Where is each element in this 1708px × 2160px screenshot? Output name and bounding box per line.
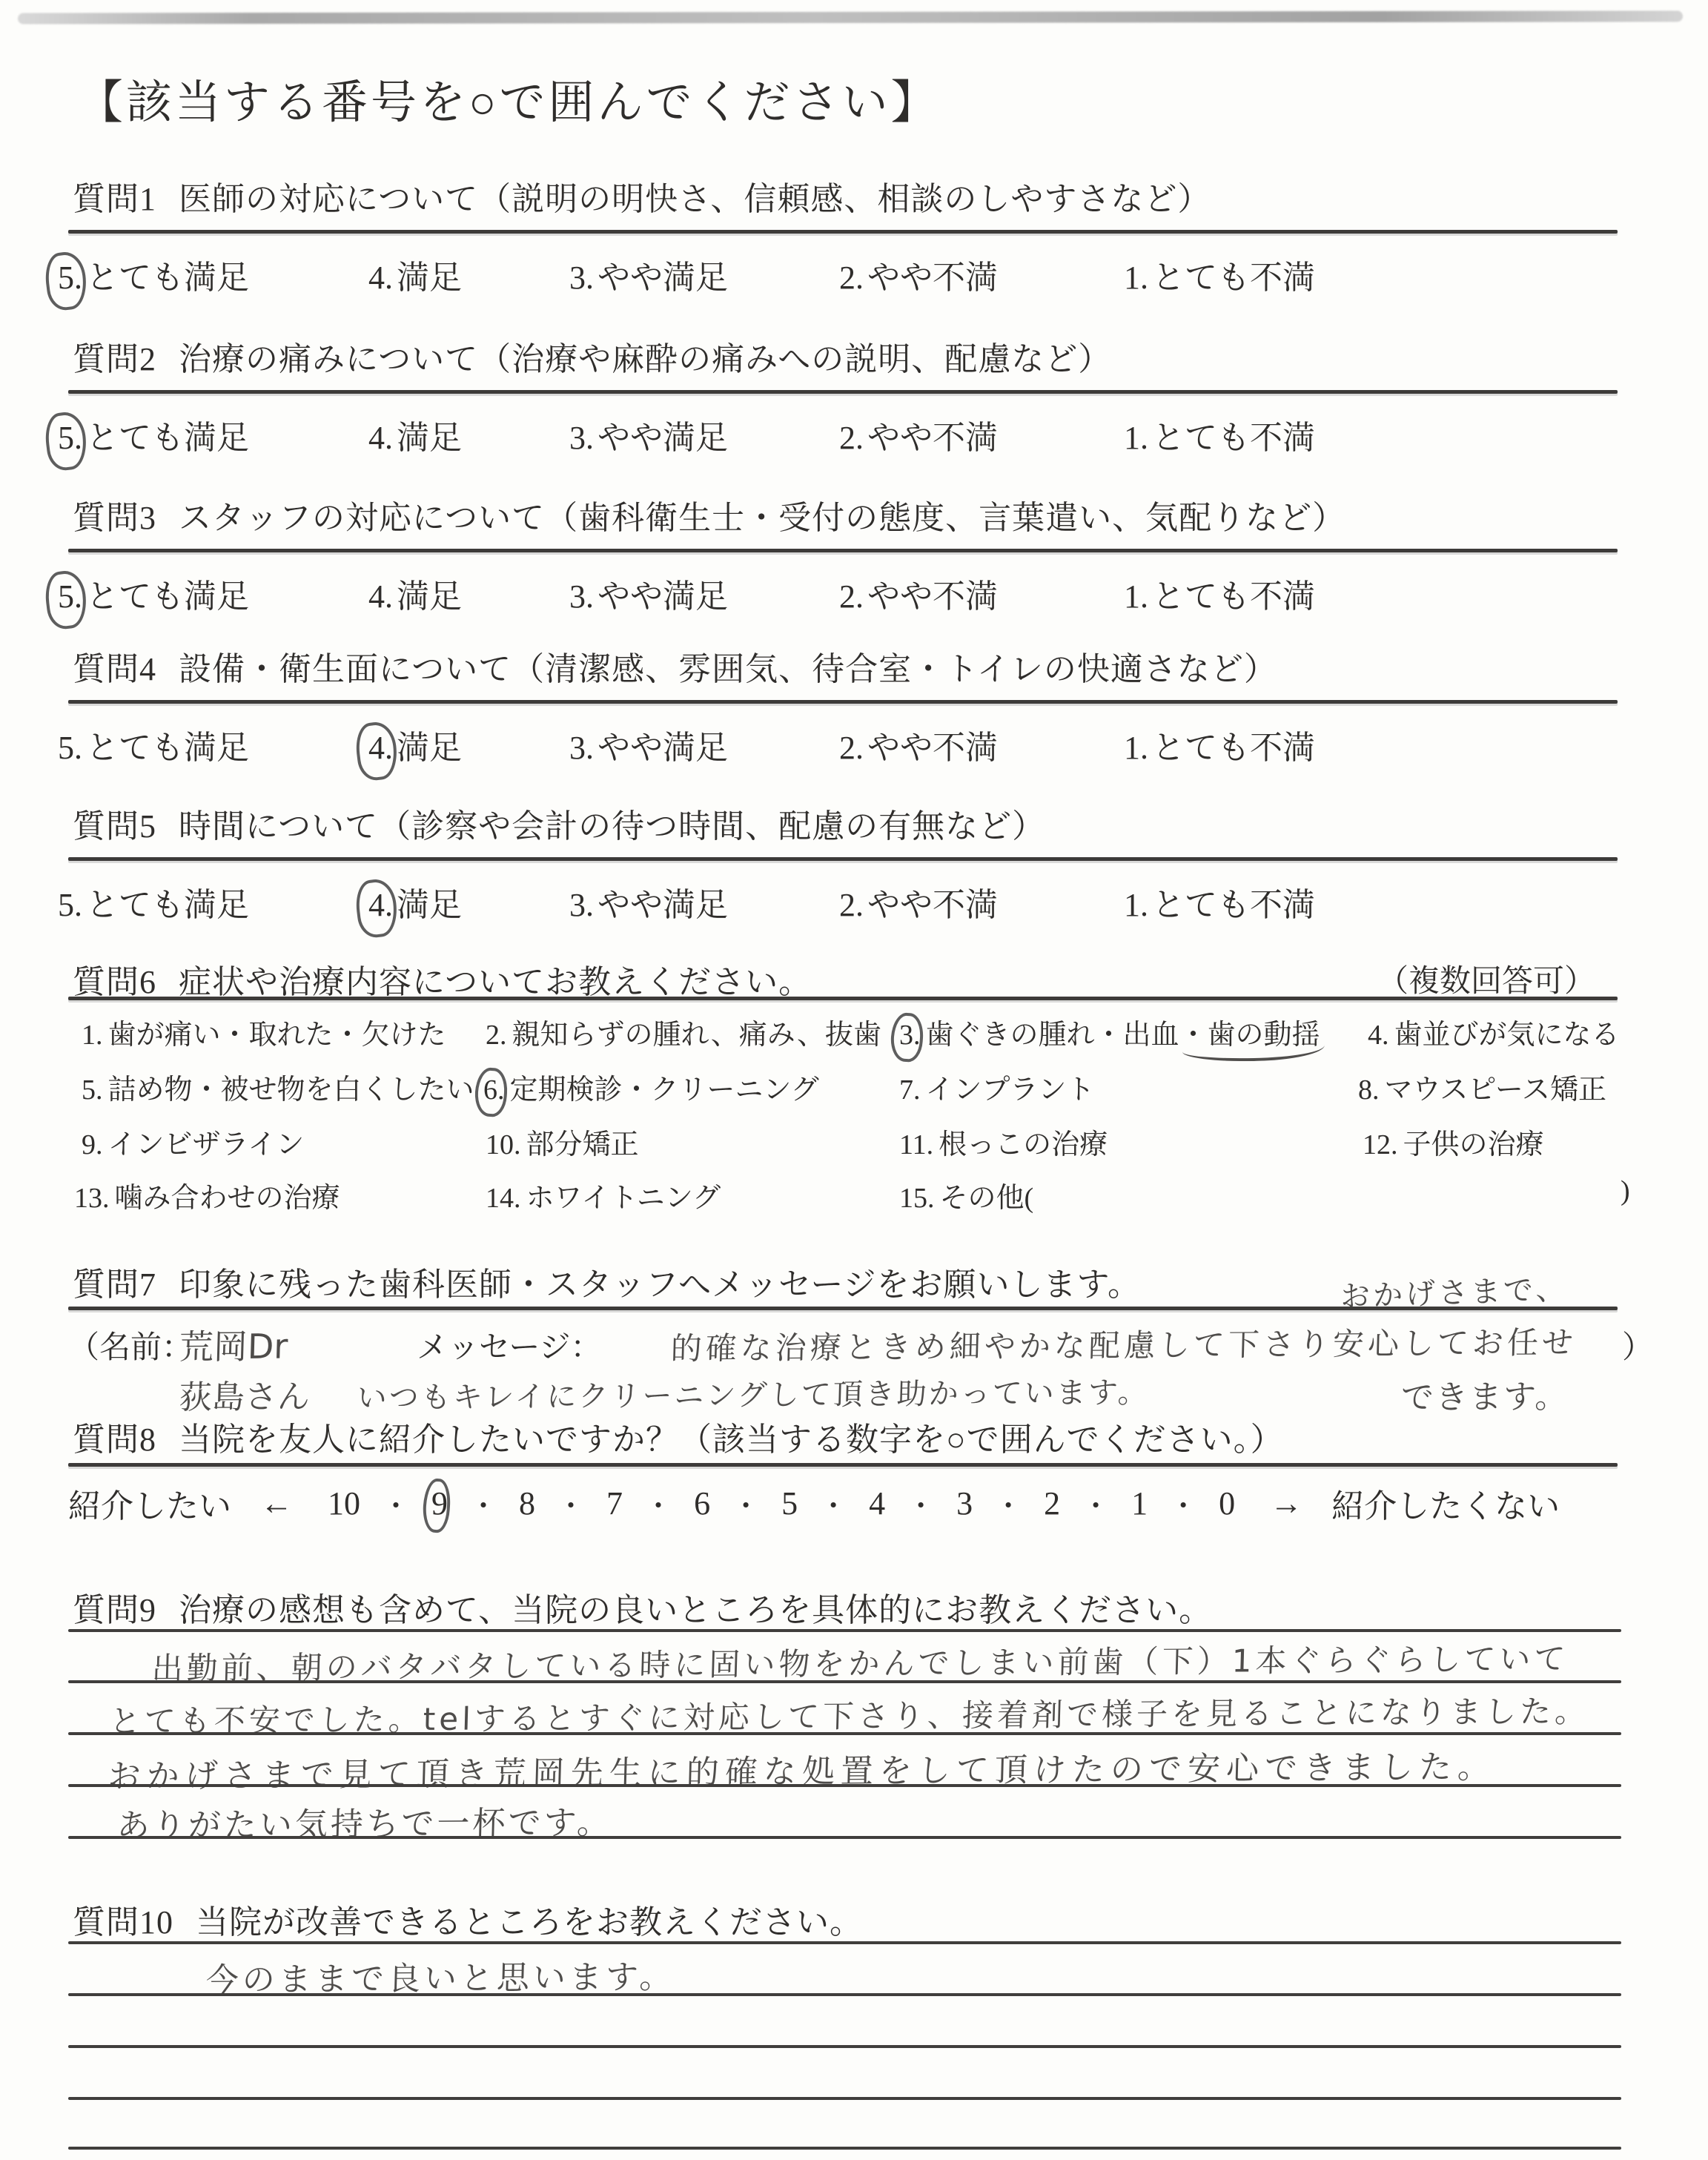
option-label: 部分矯正 — [526, 1129, 639, 1160]
option-label: やや不満 — [867, 260, 998, 296]
symptom-option-12: 12.子供の治療 — [1363, 1121, 1544, 1162]
option-label: インビザライン — [108, 1129, 305, 1160]
option-number: 3. — [899, 1019, 921, 1051]
option-number: 4. — [368, 886, 393, 924]
question-label: 質問3 — [73, 500, 156, 536]
answer-line — [68, 1784, 1621, 1787]
scale-number-0: 0 — [1219, 1484, 1235, 1522]
rating-options-row: 5.とても満足 4.満足 3.やや満足 2.やや不満 1.とても不満 — [0, 569, 1708, 629]
option-number: 13. — [74, 1182, 110, 1215]
option-number: 1. — [1124, 578, 1148, 615]
option-label: 定期検診・クリーニング — [510, 1074, 819, 1106]
rating-option-4: 4.満足 — [368, 569, 462, 617]
option-label: とても不満 — [1152, 578, 1315, 615]
rating-option-4: 4.満足 — [368, 411, 462, 458]
option-label: 子供の治療 — [1403, 1129, 1544, 1160]
answer-line — [68, 2147, 1621, 2150]
rating-option-3: 3.やや満足 — [569, 878, 728, 925]
scale-dot: ・ — [644, 1483, 672, 1524]
symptom-option-9: 9.インビザライン — [82, 1121, 304, 1162]
option-label: とても不満 — [1152, 730, 1315, 766]
rating-options-row: 5.とても満足 4.満足 3.やや満足 2.やや不満 1.とても不満 — [0, 878, 1708, 937]
multi-answer-note: （複数回答可） — [1377, 957, 1595, 1001]
rating-option-5: 5.とても満足 — [58, 251, 249, 298]
option-number: 5. — [82, 1074, 103, 1106]
question-label: 質問7 — [73, 1266, 156, 1303]
option-number: 2. — [839, 259, 864, 297]
rating-option-2: 2.やや不満 — [839, 251, 998, 298]
symptom-option-5: 5.詰め物・被せ物を白くしたい — [82, 1066, 474, 1107]
option-number: 14. — [486, 1182, 521, 1215]
option-number: 4. — [368, 729, 393, 767]
scale-dot: ・ — [1169, 1483, 1197, 1524]
option-label: 満足 — [397, 887, 462, 923]
question-label: 質問6 — [73, 964, 156, 1000]
option-label: やや不満 — [867, 420, 998, 456]
scale-dot: ・ — [732, 1483, 760, 1524]
answer-line — [68, 2045, 1621, 2048]
symptom-option-14: 14.ホワイトニング — [486, 1175, 721, 1215]
question-text: 当院が改善できるところをお教えください。 — [196, 1904, 863, 1941]
scale-dot: ・ — [907, 1483, 935, 1524]
question-text: 設備・衛生面について（清潔感、雰囲気、待合室・トイレの快適さなど） — [179, 651, 1277, 687]
option-label: ホワイトニング — [526, 1183, 721, 1214]
handwritten-doctor-name: 荒岡Dr — [179, 1319, 288, 1369]
question-text: スタッフの対応について（歯科衛生士・受付の態度、言葉遣い、気配りなど） — [179, 500, 1345, 536]
question-text: 当院を友人に紹介したいですか？（該当する数字を○で囲んでください。） — [179, 1421, 1284, 1458]
answer-line — [68, 1629, 1621, 1632]
rating-option-1: 1.とても不満 — [1124, 251, 1315, 298]
page-title: 【該当する番号を○で囲んでください】 — [77, 65, 939, 131]
option-label: 満足 — [397, 578, 462, 615]
rating-options-row: 5.とても満足 4.満足 3.やや満足 2.やや不満 1.とても不満 — [0, 411, 1708, 470]
option-number: 2. — [839, 886, 864, 924]
scale-number-7: 7 — [606, 1484, 623, 1522]
option-number: 4. — [1368, 1019, 1389, 1051]
close-paren-label: ） — [1622, 1323, 1653, 1367]
scale-number-5: 5 — [781, 1484, 798, 1522]
scale-dot: ・ — [557, 1483, 585, 1524]
option-number: 1. — [1124, 886, 1148, 924]
option-number: 4. — [368, 578, 393, 615]
rating-option-1: 1.とても不満 — [1124, 411, 1315, 458]
option-label: マウスピース矯正 — [1385, 1074, 1606, 1106]
option-number: 10. — [486, 1129, 521, 1161]
scale-number-6: 6 — [694, 1484, 710, 1522]
question-title: 質問4設備・衛生面について（清潔感、雰囲気、待合室・トイレの快適さなど） — [73, 642, 1277, 690]
question-label: 質問8 — [73, 1421, 156, 1458]
option-label: とても不満 — [1152, 420, 1315, 456]
question-text: 治療の感想も含めて、当院の良いところを具体的にお教えください。 — [179, 1592, 1212, 1628]
symptom-option-3: 3.歯ぐきの腫れ・出血・歯の動揺 — [899, 1011, 1320, 1052]
scale-number-10: 10 — [328, 1484, 360, 1522]
option-label: 歯ぐきの腫れ・出血・ — [926, 1020, 1208, 1051]
question-label: 質問2 — [73, 341, 156, 377]
option-label: 満足 — [397, 260, 462, 296]
option-number: 1. — [1124, 419, 1148, 457]
answer-line — [68, 2097, 1621, 2100]
survey-scan-page: 【該当する番号を○で囲んでください】 質問1医師の対応について（説明の明快さ、信… — [0, 0, 1708, 2160]
message-prefix-label: メッセージ： — [417, 1323, 601, 1367]
scale-left-label: 紹介したい — [68, 1479, 231, 1527]
divider-line — [68, 1307, 1618, 1310]
option-number: 4. — [368, 259, 393, 297]
symptom-option-10: 10.部分矯正 — [486, 1121, 639, 1162]
scale-dot: ・ — [469, 1483, 497, 1524]
option-number: 5. — [58, 578, 82, 615]
option-label: 噛み合わせの治療 — [115, 1183, 340, 1214]
option-number: 9. — [82, 1129, 103, 1161]
scale-number-1: 1 — [1131, 1484, 1148, 1522]
rating-option-3: 3.やや満足 — [569, 721, 728, 768]
scale-right-label: 紹介したくない — [1331, 1479, 1560, 1527]
option-number: 3. — [569, 886, 594, 924]
rating-option-2: 2.やや不満 — [839, 569, 998, 617]
question-label: 質問9 — [73, 1592, 156, 1628]
symptom-option-11: 11.根っこの治療 — [899, 1121, 1108, 1162]
question-text: 時間について（診察や会計の待つ時間、配慮の有無など） — [179, 808, 1045, 845]
divider-line — [68, 390, 1618, 394]
rating-option-1: 1.とても不満 — [1124, 878, 1315, 925]
handwritten-message-2: いつもキレイにクリーニングして頂き助かっています。 — [357, 1369, 1150, 1416]
rating-options-row: 5.とても満足 4.満足 3.やや満足 2.やや不満 1.とても不満 — [0, 251, 1708, 310]
option-number: 12. — [1363, 1129, 1398, 1161]
question-text: 治療の痛みについて（治療や麻酔の痛みへの説明、配慮など） — [179, 341, 1111, 377]
option-label: やや満足 — [598, 887, 728, 923]
divider-line — [68, 549, 1618, 552]
other-close-paren: ) — [1621, 1175, 1630, 1207]
scale-number-9: 9 — [431, 1484, 448, 1522]
option-label: とても満足 — [86, 578, 249, 615]
symptom-option-13: 13.噛み合わせの治療 — [74, 1175, 340, 1215]
option-number: 8. — [1358, 1074, 1380, 1106]
right-arrow: → — [1270, 1484, 1302, 1522]
option-label: 歯が痛い・取れた・欠けた — [108, 1020, 446, 1051]
answer-line — [68, 1941, 1621, 1944]
option-number: 3. — [569, 419, 594, 457]
question-title: 質問5時間について（診察や会計の待つ時間、配慮の有無など） — [73, 799, 1045, 847]
question-label: 質問4 — [73, 651, 156, 687]
option-label: その他( — [940, 1183, 1034, 1214]
question-title: 質問10当院が改善できるところをお教えください。 — [73, 1895, 863, 1943]
rating-option-2: 2.やや不満 — [839, 721, 998, 768]
symptom-option-2: 2.親知らずの腫れ、痛み、抜歯 — [486, 1011, 881, 1052]
question-title: 質問9治療の感想も含めて、当院の良いところを具体的にお教えください。 — [73, 1583, 1212, 1631]
divider-line — [68, 857, 1618, 861]
option-label: とても満足 — [86, 420, 249, 456]
rating-options-row: 5.とても満足 4.満足 3.やや満足 2.やや不満 1.とても不満 — [0, 721, 1708, 780]
option-number: 3. — [569, 259, 594, 297]
option-label: 親知らずの腫れ、痛み、抜歯 — [512, 1020, 882, 1051]
question-text: 印象に残った歯科医師・スタッフへメッセージをお願いします。 — [179, 1266, 1141, 1303]
question-title: 質問1医師の対応について（説明の明快さ、信頼感、相談のしやすさなど） — [73, 172, 1211, 219]
option-number: 2. — [839, 578, 864, 615]
rating-option-2: 2.やや不満 — [839, 411, 998, 458]
scale-number-3: 3 — [956, 1484, 973, 1522]
rating-option-2: 2.やや不満 — [839, 878, 998, 925]
option-label: とても満足 — [86, 730, 249, 766]
option-label: やや不満 — [867, 887, 998, 923]
scan-artifact-band — [18, 10, 1683, 24]
option-number: 5. — [58, 886, 82, 924]
symptom-option-8: 8.マウスピース矯正 — [1358, 1066, 1606, 1107]
rating-option-3: 3.やや満足 — [569, 411, 728, 458]
option-number: 4. — [368, 419, 393, 457]
rating-option-3: 3.やや満足 — [569, 251, 728, 298]
rating-option-5: 5.とても満足 — [58, 878, 249, 925]
question-title: 質問8当院を友人に紹介したいですか？（該当する数字を○で囲んでください。） — [73, 1413, 1284, 1460]
option-number: 1. — [1124, 259, 1148, 297]
rating-option-5: 5.とても満足 — [58, 411, 249, 458]
scale-dot: ・ — [382, 1483, 410, 1524]
option-label: 根っこの治療 — [939, 1129, 1108, 1160]
option-number: 5. — [58, 419, 82, 457]
option-number: 3. — [569, 729, 594, 767]
option-number: 15. — [899, 1182, 935, 1215]
scale-dot: ・ — [994, 1483, 1022, 1524]
question-text: 症状や治療内容についてお教えください。 — [179, 964, 812, 1000]
divider-line — [68, 230, 1618, 234]
symptom-option-4: 4.歯並びが気になる — [1368, 1011, 1620, 1052]
option-label: やや満足 — [598, 730, 728, 766]
answer-line — [68, 1836, 1621, 1839]
scale-number-2: 2 — [1044, 1484, 1060, 1522]
handwritten-answer-line-3: おかげさまで見て頂き荒岡先生に的確な処置をして頂けたので安心できました。 — [107, 1740, 1497, 1797]
option-label: 歯並びが気になる — [1394, 1020, 1620, 1051]
question-title: 質問7印象に残った歯科医師・スタッフへメッセージをお願いします。 — [73, 1258, 1141, 1305]
option-label: とても不満 — [1152, 260, 1315, 296]
symptom-option-6: 6.定期検診・クリーニング — [483, 1066, 819, 1107]
option-number: 6. — [483, 1074, 505, 1106]
divider-line — [68, 997, 1618, 1000]
option-label: インプラント — [926, 1074, 1095, 1106]
rating-option-5: 5.とても満足 — [58, 569, 249, 617]
symptom-option-1: 1.歯が痛い・取れた・欠けた — [82, 1011, 446, 1052]
question-text: 医師の対応について（説明の明快さ、信頼感、相談のしやすさなど） — [179, 181, 1211, 217]
option-label: やや不満 — [867, 578, 998, 615]
option-number: 2. — [839, 729, 864, 767]
scale-number-4: 4 — [869, 1484, 885, 1522]
option-number: 11. — [899, 1129, 933, 1161]
scale-dot: ・ — [1082, 1483, 1110, 1524]
rating-option-5: 5.とても満足 — [58, 721, 249, 768]
rating-option-4: 4.満足 — [368, 721, 462, 768]
option-number: 1. — [1124, 729, 1148, 767]
question-title: 質問3スタッフの対応について（歯科衛生士・受付の態度、言葉遣い、気配りなど） — [73, 491, 1345, 538]
recommend-scale: 紹介したい ← 10・ 9・ 8・ 7・ 6・ 5・ 4・ 3・ 2・ 1・ 0… — [68, 1479, 1560, 1527]
handwritten-message-1-continued: できます。 — [1400, 1370, 1569, 1418]
option-label: 詰め物・被せ物を白くしたい — [108, 1074, 474, 1106]
question-label: 質問10 — [73, 1904, 173, 1941]
answer-line — [68, 1680, 1621, 1683]
option-label: 満足 — [397, 420, 462, 456]
handwritten-message-1: 的確な治療ときめ細やかな配慮して下さり安心してお任せ — [670, 1318, 1578, 1370]
option-label: やや満足 — [598, 260, 728, 296]
answer-line — [68, 1732, 1621, 1735]
question-title: 質問2治療の痛みについて（治療や麻酔の痛みへの説明、配慮など） — [73, 332, 1111, 380]
handwritten-staff-name: 荻島さん — [179, 1370, 311, 1418]
divider-line — [68, 1463, 1618, 1467]
option-label: やや満足 — [598, 578, 728, 615]
rating-option-3: 3.やや満足 — [569, 569, 728, 617]
option-label: 満足 — [397, 730, 462, 766]
answer-line — [68, 1993, 1621, 1996]
option-label: とても満足 — [86, 260, 249, 296]
question-label: 質問1 — [73, 181, 156, 217]
name-prefix-label: （名前： — [68, 1323, 193, 1367]
option-number: 3. — [569, 578, 594, 615]
question-title: 質問6症状や治療内容についてお教えください。 — [73, 955, 812, 1003]
option-number: 5. — [58, 729, 82, 767]
option-number: 5. — [58, 259, 82, 297]
divider-line — [68, 700, 1618, 704]
scale-dot: ・ — [819, 1483, 847, 1524]
rating-option-1: 1.とても不満 — [1124, 569, 1315, 617]
option-number: 1. — [82, 1019, 103, 1051]
symptom-option-15: 15.その他( — [899, 1175, 1033, 1215]
rating-option-1: 1.とても不満 — [1124, 721, 1315, 768]
option-number: 7. — [899, 1074, 921, 1106]
option-label: やや満足 — [598, 420, 728, 456]
option-label: とても不満 — [1152, 887, 1315, 923]
rating-option-4: 4.満足 — [368, 251, 462, 298]
option-number: 2. — [486, 1019, 507, 1051]
option-label: とても満足 — [86, 887, 249, 923]
symptom-option-7: 7.インプラント — [899, 1066, 1095, 1107]
option-label: やや不満 — [867, 730, 998, 766]
handwritten-underline: 歯の動揺 — [1208, 1020, 1320, 1051]
option-number: 2. — [839, 419, 864, 457]
question-label: 質問5 — [73, 808, 156, 845]
left-arrow: ← — [260, 1484, 293, 1522]
scale-number-8: 8 — [519, 1484, 535, 1522]
rating-option-4: 4.満足 — [368, 878, 462, 925]
handwritten-answer-line-4: ありがたい気持ちで一杯です。 — [116, 1796, 613, 1847]
